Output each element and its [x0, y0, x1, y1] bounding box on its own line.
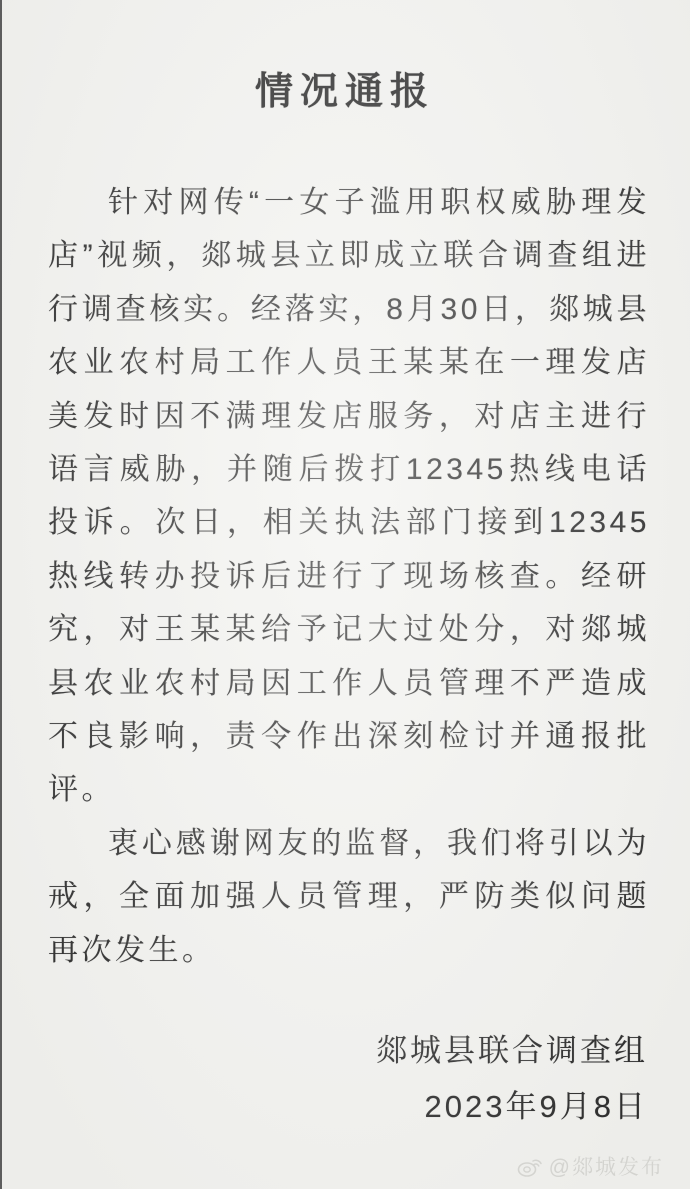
- watermark-text: @郯城发布: [549, 1151, 664, 1181]
- weibo-watermark: @郯城发布: [517, 1151, 664, 1181]
- notice-body: 针对网传“一女子滥用职权威胁理发店”视频，郯城县立即成立联合调查组进行调查核实。…: [0, 176, 690, 977]
- scan-edge-line: [0, 0, 2, 1189]
- notice-paragraph-1: 针对网传“一女子滥用职权威胁理发店”视频，郯城县立即成立联合调查组进行调查核实。…: [48, 176, 650, 817]
- signature-block: 郯城县联合调查组 2023年9月8日: [0, 1023, 690, 1135]
- signature-date: 2023年9月8日: [0, 1079, 648, 1135]
- notice-paragraph-2: 衷心感谢网友的监督，我们将引以为戒，全面加强人员管理，严防类似问题再次发生。: [48, 817, 650, 977]
- notice-title: 情况通报: [0, 0, 690, 114]
- signature-organization: 郯城县联合调查组: [0, 1023, 648, 1079]
- weibo-icon: [517, 1155, 543, 1177]
- notice-document: 情况通报 针对网传“一女子滥用职权威胁理发店”视频，郯城县立即成立联合调查组进行…: [0, 0, 690, 1189]
